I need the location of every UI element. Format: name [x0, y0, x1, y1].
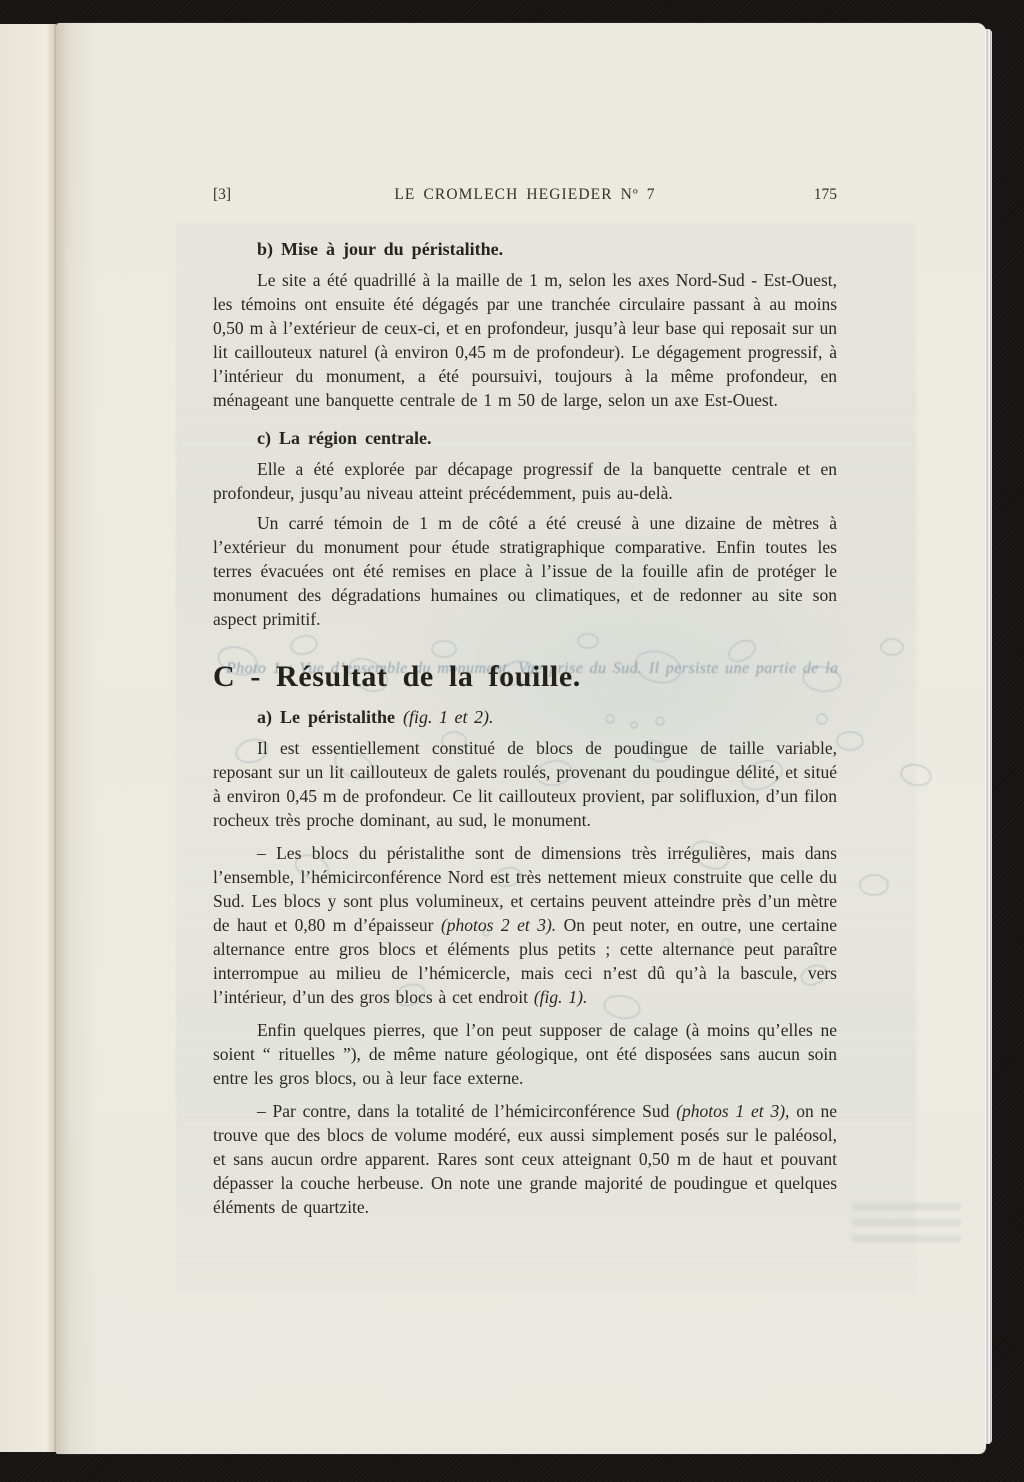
page-sheet: Photo 1 : Vue d’ensemble du monument. Vu… — [56, 23, 986, 1454]
paragraph-c2: Un carré témoin de 1 m de côté a été cre… — [213, 511, 837, 631]
photo-reference: (photos 1 et 3), — [676, 1101, 789, 1121]
heading-a-figref: (fig. 1 et 2). — [403, 707, 493, 727]
running-header: [3] LE CROMLECH HEGIEDER Nº 7 175 — [213, 183, 837, 207]
text-column: [3] LE CROMLECH HEGIEDER Nº 7 175 b) Mis… — [213, 183, 837, 1228]
paragraph-c1: Elle a été explorée par décapage progres… — [213, 457, 837, 505]
paragraph-b1: Le site a été quadrillé à la maille de 1… — [213, 268, 837, 412]
paragraph-a3: Enfin quelques pierres, que l’on peut su… — [213, 1018, 837, 1090]
paragraph-a4: – Par contre, dans la totalité de l’hémi… — [213, 1099, 837, 1219]
paragraph-text: – Par contre, dans la totalité de l’hémi… — [257, 1101, 676, 1121]
running-title: LE CROMLECH HEGIEDER Nº 7 — [283, 183, 767, 207]
heading-a: a) Le péristalithe (fig. 1 et 2). — [213, 705, 837, 729]
show-through-smudge — [851, 1203, 961, 1249]
heading-result: C - Résultat de la fouille. — [213, 665, 837, 689]
paragraph-text: Un carré témoin de 1 m de côté a été cre… — [213, 513, 837, 629]
figure-reference: (fig. 1). — [534, 987, 588, 1007]
paragraph-text: Il est essentiellement constitué de bloc… — [213, 738, 837, 830]
paragraph-text: Enfin quelques pierres, que l’on peut su… — [213, 1020, 837, 1088]
facing-page-edge — [0, 24, 56, 1452]
paragraph-text: Le site a été quadrillé à la maille de 1… — [213, 270, 837, 410]
heading-a-label: a) Le péristalithe — [257, 707, 403, 727]
paragraph-a1: Il est essentiellement constitué de bloc… — [213, 736, 837, 832]
page-stack-edge — [985, 29, 992, 1444]
heading-c: c) La région centrale. — [213, 426, 837, 450]
section-ref: [3] — [213, 183, 283, 207]
photo-reference: (photos 2 et 3). — [441, 915, 556, 935]
page-number: 175 — [767, 183, 837, 207]
heading-b: b) Mise à jour du péristalithe. — [213, 237, 837, 261]
scanned-book-photo: { "colors": { "backdrop": "#141311", "pa… — [0, 0, 1024, 1482]
paragraph-a2: – Les blocs du péristalithe sont de dime… — [213, 841, 837, 1009]
paragraph-text: Elle a été explorée par décapage progres… — [213, 459, 837, 503]
